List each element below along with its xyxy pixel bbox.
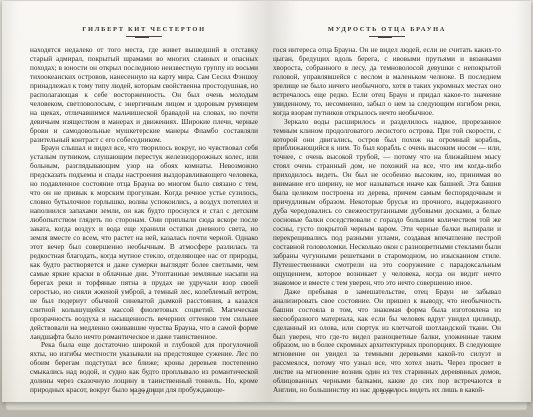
paragraph: Браун слышал и видел все, что творилось … [30, 144, 258, 341]
left-page: ГИЛБЕРТ КИТ ЧЕСТЕРТОН находятся недалеко… [30, 26, 258, 398]
body-text-left: находятся недалеко от того места, где жи… [30, 46, 258, 395]
header-rule-right [369, 36, 405, 37]
header-rule-left [126, 36, 162, 37]
page-number-left: [ 276 ] [30, 389, 258, 396]
scanned-book-photo: ГИЛБЕРТ КИТ ЧЕСТЕРТОН находятся недалеко… [0, 0, 533, 417]
body-text-right: гося интереса отца Брауна. Он не видел л… [273, 46, 501, 395]
right-page: МУДРОСТЬ ОТЦА БРАУНА гося интереса отца … [273, 26, 501, 398]
running-header-right: МУДРОСТЬ ОТЦА БРАУНА [273, 26, 501, 33]
paragraph: находятся недалеко от того места, где жи… [30, 46, 258, 144]
running-header-left: ГИЛБЕРТ КИТ ЧЕСТЕРТОН [30, 26, 258, 33]
paragraph: Зеркало воды расширилось и разделилось н… [273, 118, 501, 288]
book-spread: ГИЛБЕРТ КИТ ЧЕСТЕРТОН находятся недалеко… [2, 1, 531, 402]
paragraph: Даже пребывая в замешательстве, отец Бра… [273, 288, 501, 395]
paragraph: Река была еще достаточно широкой и глубо… [30, 341, 258, 395]
page-number-right: [ 277 ] [273, 389, 501, 396]
paragraph: гося интереса отца Брауна. Он не видел л… [273, 46, 501, 118]
